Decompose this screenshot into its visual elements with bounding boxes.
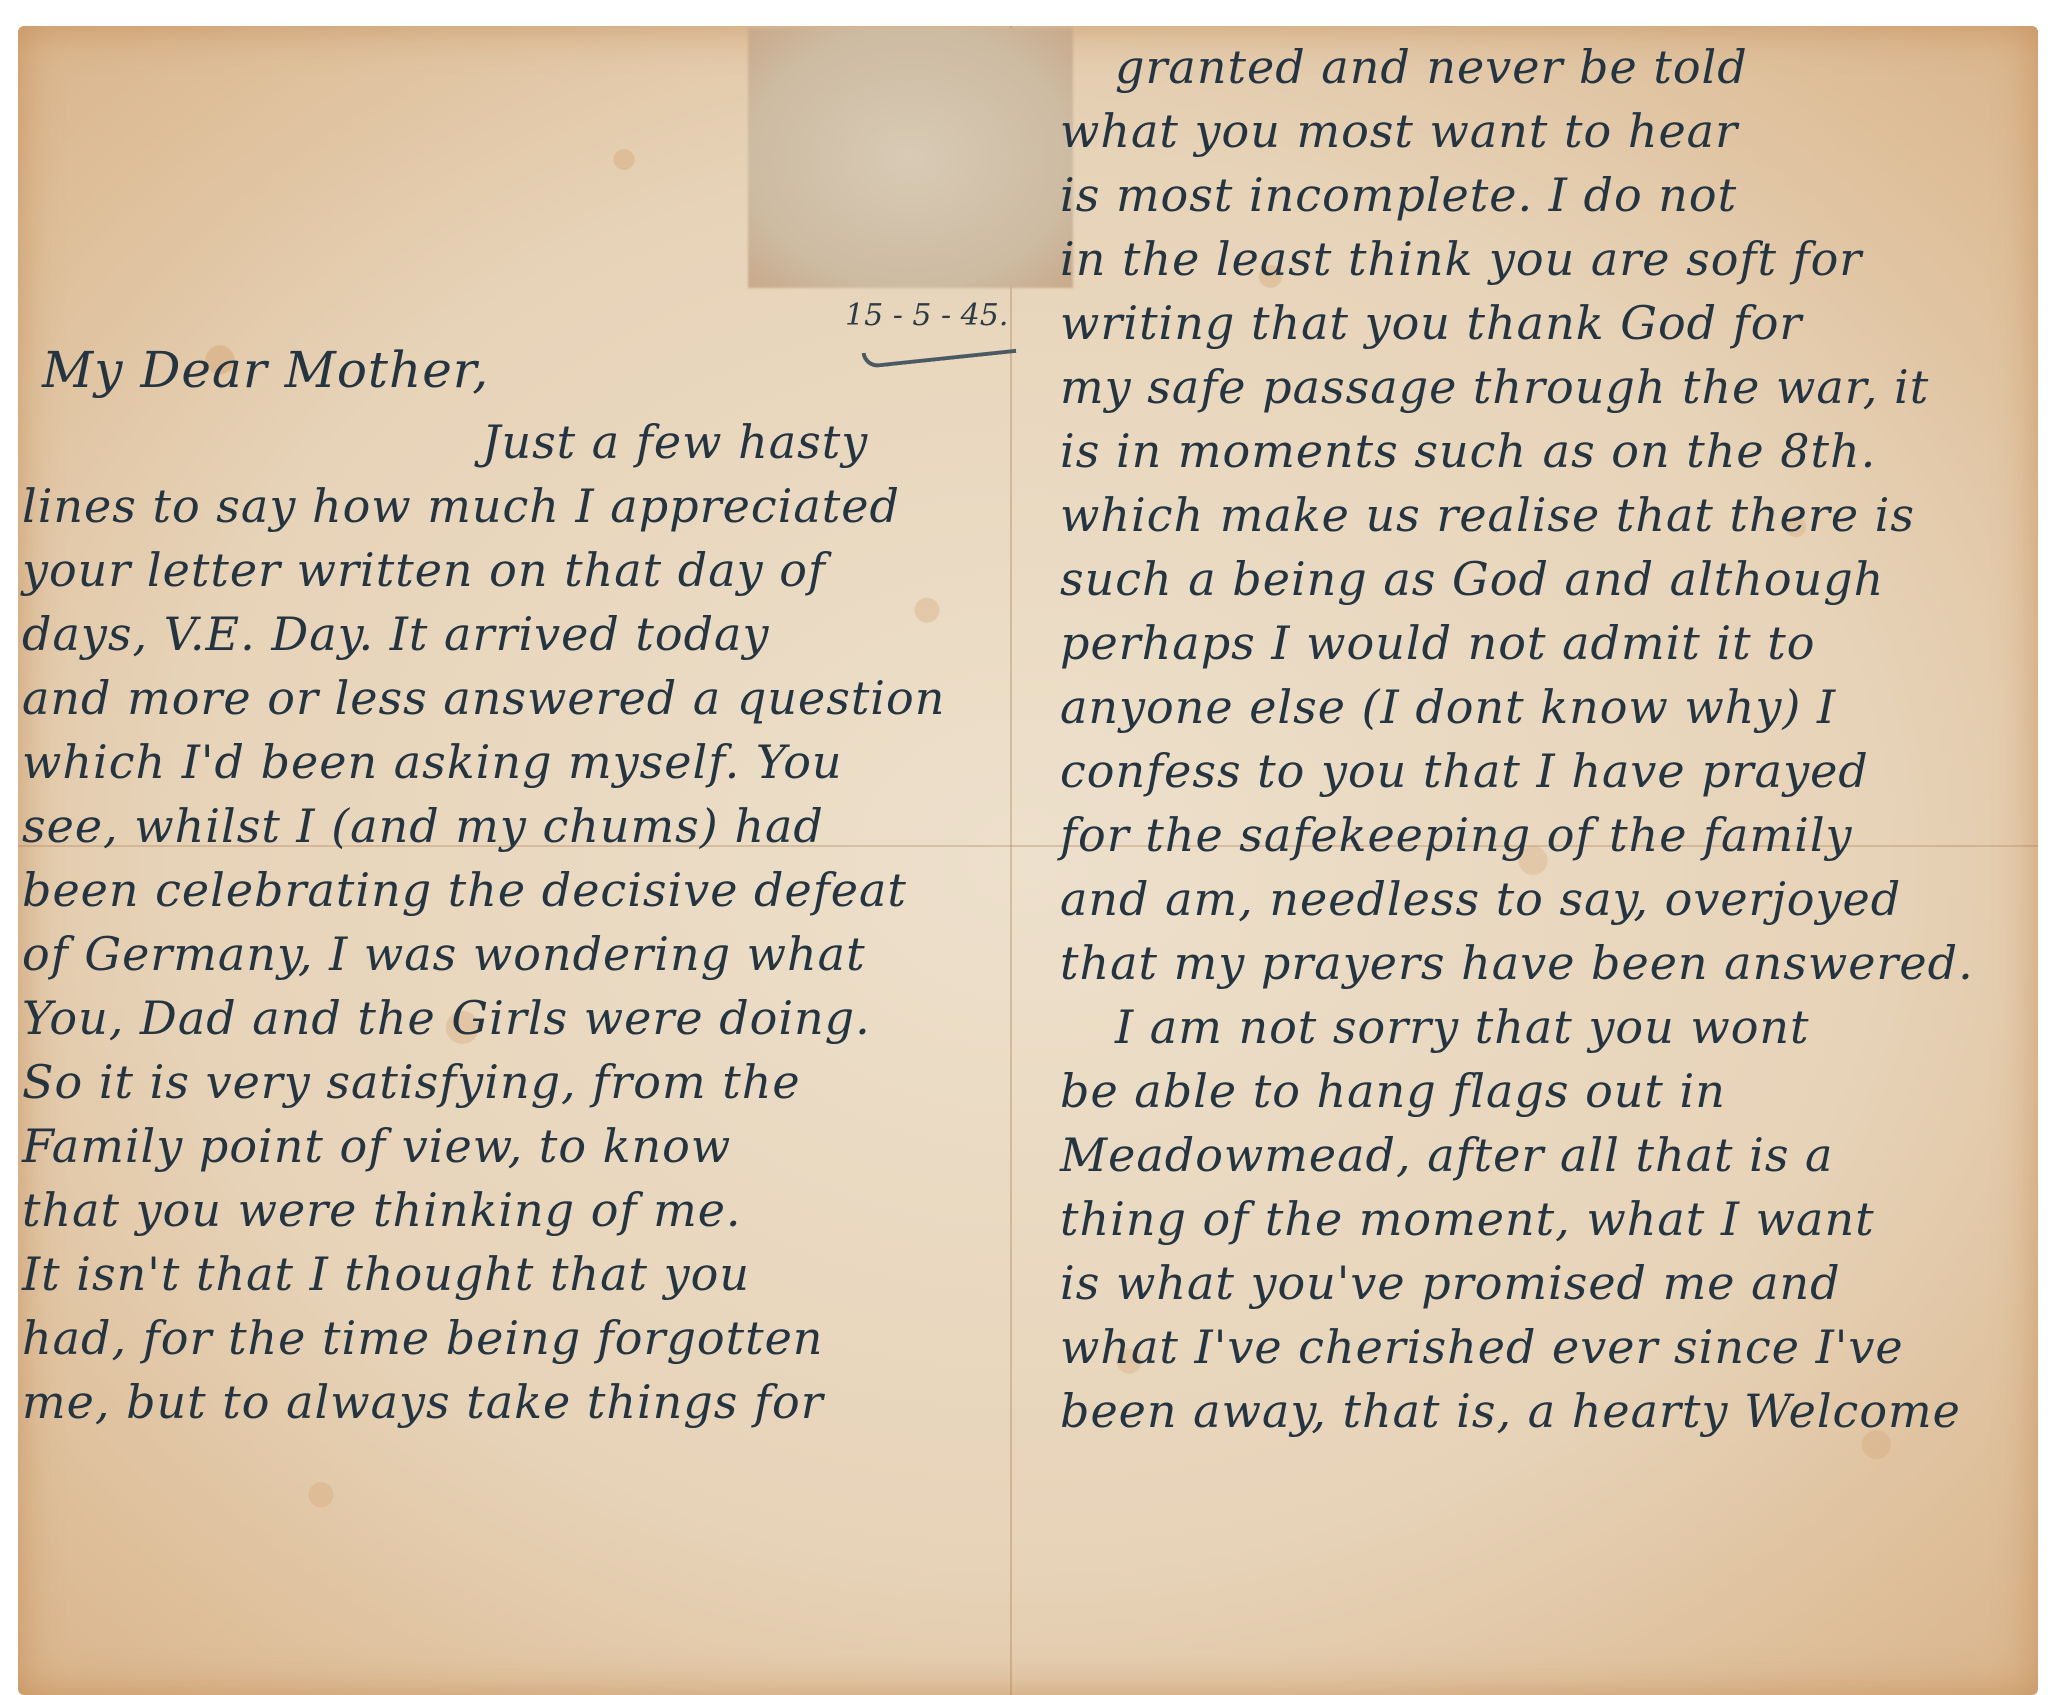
- letter-line: Meadowmead, after all that is a: [1060, 1123, 2040, 1187]
- letter-line: been celebrating the decisive defeat: [22, 858, 1022, 922]
- letter-line: writing that you thank God for: [1060, 291, 2040, 355]
- letter-line: in the least think you are soft for: [1060, 227, 2040, 291]
- letter-line: It isn't that I thought that you: [22, 1242, 1022, 1306]
- letter-line: lines to say how much I appreciated: [22, 474, 1022, 538]
- letter-line: me, but to always take things for: [22, 1370, 1022, 1434]
- letter-line: had, for the time being forgotten: [22, 1306, 1022, 1370]
- redacted-letterhead: [748, 28, 1073, 288]
- letter-line: which make us realise that there is: [1060, 483, 2040, 547]
- letter-line: your letter written on that day of: [22, 538, 1022, 602]
- letter-line: confess to you that I have prayed: [1060, 739, 2040, 803]
- letter-line: my safe passage through the war, it: [1060, 355, 2040, 419]
- letter-line: Family point of view, to know: [22, 1114, 1022, 1178]
- letter-line: see, whilst I (and my chums) had: [22, 794, 1022, 858]
- letter-line: that you were thinking of me.: [22, 1178, 1022, 1242]
- letter-line: So it is very satisfying, from the: [22, 1050, 1022, 1114]
- right-page: granted and never be told what you most …: [1060, 35, 2040, 1443]
- left-page: My Dear Mother, Just a few hasty lines t…: [22, 330, 1022, 1434]
- letter-line: and am, needless to say, overjoyed: [1060, 867, 2040, 931]
- letter-line: is what you've promised me and: [1060, 1251, 2040, 1315]
- letter-line: perhaps I would not admit it to: [1060, 611, 2040, 675]
- letter-line: is most incomplete. I do not: [1060, 163, 2040, 227]
- letter-line: which I'd been asking myself. You: [22, 730, 1022, 794]
- letter-line: thing of the moment, what I want: [1060, 1187, 2040, 1251]
- letter-line: I am not sorry that you wont: [1060, 995, 2040, 1059]
- letter-line: be able to hang flags out in: [1060, 1059, 2040, 1123]
- letter-line: Just a few hasty: [22, 410, 1022, 474]
- letter-line: You, Dad and the Girls were doing.: [22, 986, 1022, 1050]
- letter-line: days, V.E. Day. It arrived today: [22, 602, 1022, 666]
- letter-line: is in moments such as on the 8th.: [1060, 419, 2040, 483]
- letter-line: granted and never be told: [1060, 35, 2040, 99]
- letter-line: and more or less answered a question: [22, 666, 1022, 730]
- letter-line: that my prayers have been answered.: [1060, 931, 2040, 995]
- letter-line: anyone else (I dont know why) I: [1060, 675, 2040, 739]
- letter-line: been away, that is, a hearty Welcome: [1060, 1379, 2040, 1443]
- letter-line: what I've cherished ever since I've: [1060, 1315, 2040, 1379]
- letter-line: what you most want to hear: [1060, 99, 2040, 163]
- salutation: My Dear Mother,: [42, 330, 1022, 410]
- letter-date: 15 - 5 - 45.: [845, 298, 1008, 333]
- letter-line: of Germany, I was wondering what: [22, 922, 1022, 986]
- letter-line: for the safekeeping of the family: [1060, 803, 2040, 867]
- letter-line: such a being as God and although: [1060, 547, 2040, 611]
